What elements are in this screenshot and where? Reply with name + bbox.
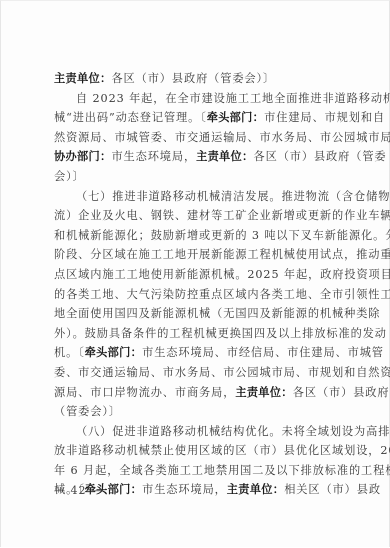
bold-label: 主责单位：	[227, 483, 284, 496]
text-run: 自 2023 年起，在全市建设施工工地全面推进非道路移动机	[76, 92, 390, 105]
text-run: 各区（市）县政府（管委	[254, 150, 387, 163]
page-number: — 42 —	[54, 484, 103, 497]
text-line: 阶段、分区域在施工工地开展新能源工程机械使用试点，推动重	[54, 245, 342, 265]
text-run: 相关区（市）县政	[284, 483, 381, 496]
text-run: 外）。鼓励具备条件的工程机械更换国四及以上排放标准的发动	[54, 327, 387, 340]
text-run: 委、市交通运输局、市水务局、市公园城市局、市规划和自然资	[54, 366, 390, 379]
text-line: 点区域内施工工地使用新能源机械。2025 年起，政府投资项目	[54, 265, 342, 285]
text-line: 委、市交通运输局、市水务局、市公园城市局、市规划和自然资	[54, 363, 342, 383]
text-run: 放非道路移动机械禁止使用区域的区（市）县优化区域划设，2025	[54, 444, 390, 457]
document-page: 主责单位：各区（市）县政府（管委会）〕自 2023 年起，在全市建设施工工地全面…	[0, 0, 390, 547]
bold-label: 主责单位：	[54, 72, 111, 85]
text-run: 阶段、分区域在施工工地开展新能源工程机械使用试点，推动重	[54, 248, 390, 261]
text-line: 会）〕	[54, 167, 342, 187]
bold-label: 牵头部门：	[207, 111, 264, 124]
text-line: 外）。鼓励具备条件的工程机械更换国四及以上排放标准的发动	[54, 324, 342, 344]
text-line: 主责单位：各区（市）县政府（管委会）〕	[54, 69, 342, 89]
document-body: 主责单位：各区（市）县政府（管委会）〕自 2023 年起，在全市建设施工工地全面…	[54, 69, 342, 500]
text-line: （管委会）〕	[54, 402, 342, 422]
text-run: 年 6 月起，全域各类施工工地禁用国二及以下排放标准的工程机	[54, 464, 390, 477]
text-run: 和机械新能源化；鼓励新增或更新的 3 吨以下叉车新能源化。分	[54, 229, 390, 242]
text-run: 机。〔	[54, 346, 85, 359]
text-line: 械“进出码”动态登记管理。〔牵头部门：市住建局、市规划和自	[54, 108, 342, 128]
text-line: 机。〔牵头部门：市生态环境局、市经信局、市住建局、市城管	[54, 343, 342, 363]
text-line: 的各类工地、大气污染防控重点区域内各类工地、全市引领性工	[54, 285, 342, 305]
text-run: 点区域内施工工地使用新能源机械。2025 年起，政府投资项目	[54, 268, 390, 281]
text-run: 各区（市）县政府	[293, 386, 390, 399]
text-run: （管委会）〕	[54, 405, 121, 418]
text-line: （八）促进非道路移动机械结构优化。未将全域划设为高排	[54, 422, 342, 442]
text-line: 和机械新能源化；鼓励新增或更新的 3 吨以下叉车新能源化。分	[54, 226, 342, 246]
text-line: 放非道路移动机械禁止使用区域的区（市）县优化区域划设，2025	[54, 441, 342, 461]
text-run: 的各类工地、大气污染防控重点区域内各类工地、全市引领性工	[54, 288, 390, 301]
bold-label: 协办部门：	[54, 150, 111, 163]
bold-label: 主责单位：	[235, 386, 292, 399]
text-run: 市住建局、市规划和自	[264, 111, 385, 124]
text-line: 地全面使用国四及新能源机械（无国四及新能源的机械种类除	[54, 304, 342, 324]
bold-label: 牵头部门：	[85, 346, 142, 359]
text-run: 地全面使用国四及新能源机械（无国四及新能源的机械种类除	[54, 307, 380, 320]
text-run: 源局、市口岸物流办、市商务局，	[54, 386, 235, 399]
text-line: （七）推进非道路移动机械清洁发展。推进物流（含仓储物	[54, 187, 342, 207]
text-run: 市生态环境局、市经信局、市住建局、市城管	[142, 346, 384, 359]
text-run: （八）促进非道路移动机械结构优化。未将全域划设为高排	[76, 425, 390, 438]
text-line: 流）企业及火电、钢铁、建材等工矿企业新增或更新的作业车辆	[54, 206, 342, 226]
text-run: （七）推进非道路移动机械清洁发展。推进物流（含仓储物	[76, 190, 390, 203]
text-run: 各区（市）县政府（管委会）〕	[111, 72, 275, 85]
text-run: 然资源局、市城管委、市交通运输局、市水务局、市公园城市局，	[54, 131, 390, 144]
text-run: 市生态环境局，	[142, 483, 227, 496]
text-line: 年 6 月起，全域各类施工工地禁用国二及以下排放标准的工程机	[54, 461, 342, 481]
text-run: 流）企业及火电、钢铁、建材等工矿企业新增或更新的作业车辆	[54, 209, 390, 222]
bold-label: 主责单位：	[196, 150, 253, 163]
text-line: 自 2023 年起，在全市建设施工工地全面推进非道路移动机	[54, 89, 342, 109]
text-line: 源局、市口岸物流办、市商务局，主责单位：各区（市）县政府	[54, 383, 342, 403]
text-run: 会）〕	[54, 170, 85, 183]
text-run: 械“进出码”动态登记管理。〔	[54, 111, 207, 124]
text-line: 协办部门：市生态环境局，主责单位：各区（市）县政府（管委	[54, 147, 342, 167]
text-run: 市生态环境局，	[111, 150, 196, 163]
text-line: 然资源局、市城管委、市交通运输局、市水务局、市公园城市局，	[54, 128, 342, 148]
